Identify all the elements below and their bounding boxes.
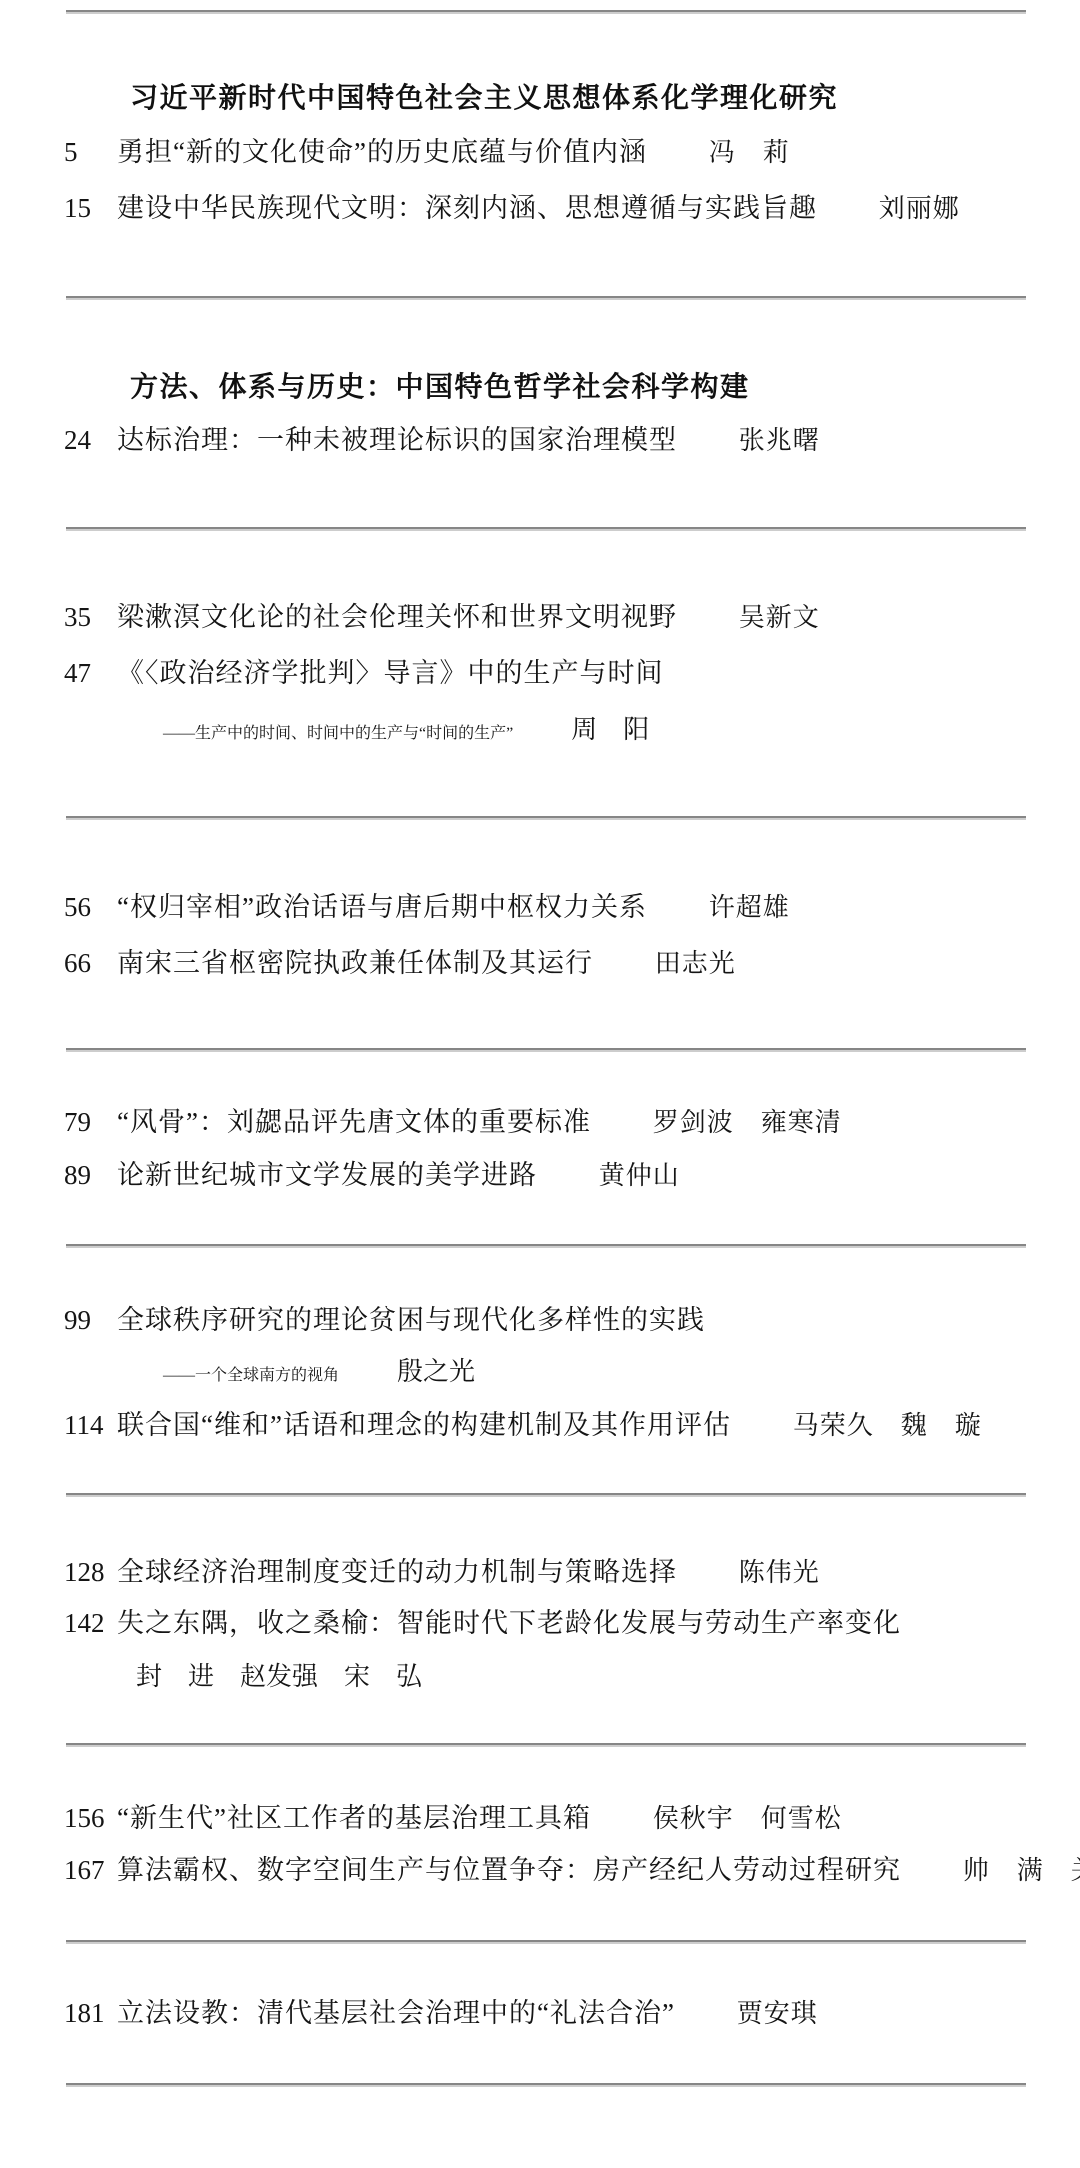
entry-page-number: 15 — [64, 188, 91, 228]
toc-entry-row: 99 全球秩序研究的理论贫困与现代化多样性的实践 — [0, 1300, 1080, 1340]
entry-title: 算法霸权、数字空间生产与位置争夺：房产经纪人劳动过程研究 — [117, 1855, 901, 1885]
section-divider — [66, 527, 1026, 531]
section-divider — [66, 1244, 1026, 1248]
entry-authors: 帅 满 关佳佳 — [963, 1856, 1080, 1885]
entry-authors: 马荣久 魏 璇 — [793, 1411, 982, 1440]
toc-entry-row: 47 《〈政治经济学批判〉导言》中的生产与时间 — [0, 653, 1080, 693]
section-heading: 习近平新时代中国特色社会主义思想体系化学理化研究 — [0, 78, 1080, 118]
entry-title: 梁漱溟文化论的社会伦理关怀和世界文明视野 — [117, 602, 677, 632]
entry-subtitle: ——生产中的时间、时间中的生产与“时间的生产” — [163, 725, 513, 742]
entry-title: “风骨”：刘勰品评先唐文体的重要标准 — [117, 1107, 591, 1137]
section-divider — [66, 1940, 1026, 1944]
entry-title: 论新世纪城市文学发展的美学进路 — [117, 1160, 537, 1190]
toc-entry-row: 35 梁漱溟文化论的社会伦理关怀和世界文明视野 吴新文 — [0, 597, 1080, 637]
entry-title: 建设中华民族现代文明：深刻内涵、思想遵循与实践旨趣 — [117, 193, 817, 223]
entry-authors: 田志光 — [655, 949, 736, 978]
entry-authors: 殷之光 — [397, 1357, 475, 1386]
toc-entry-row: 167 算法霸权、数字空间生产与位置争夺：房产经纪人劳动过程研究 帅 满 关佳佳 — [0, 1850, 1080, 1890]
toc-entry-authors-row: 封 进 赵发强 宋 弘 — [0, 1657, 1080, 1697]
entry-authors: 陈伟光 — [739, 1558, 820, 1587]
entry-page-number: 47 — [64, 653, 91, 693]
toc-entry-row: 181 立法设教：清代基层社会治理中的“礼法合治” 贾安琪 — [0, 1993, 1080, 2033]
entry-page-number: 128 — [64, 1552, 105, 1592]
entry-page-number: 181 — [64, 1993, 105, 2033]
entry-title: 南宋三省枢密院执政兼任体制及其运行 — [117, 948, 593, 978]
entry-page-number: 5 — [64, 132, 78, 172]
section-divider — [66, 10, 1026, 14]
entry-authors: 罗剑波 雍寒清 — [653, 1108, 842, 1137]
toc-entry-row: 15 建设中华民族现代文明：深刻内涵、思想遵循与实践旨趣 刘丽娜 — [0, 188, 1080, 228]
section-divider — [66, 1048, 1026, 1052]
entry-page-number: 24 — [64, 420, 91, 460]
entry-page-number: 66 — [64, 943, 91, 983]
entry-authors: 侯秋宇 何雪松 — [653, 1804, 842, 1833]
entry-authors: 黄仲山 — [599, 1161, 680, 1190]
entry-title: 全球秩序研究的理论贫困与现代化多样性的实践 — [117, 1305, 705, 1335]
toc-entry-row: 114 联合国“维和”话语和理念的构建机制及其作用评估 马荣久 魏 璇 — [0, 1405, 1080, 1445]
toc-entry-row: 66 南宋三省枢密院执政兼任体制及其运行 田志光 — [0, 943, 1080, 983]
entry-authors: 许超雄 — [709, 893, 790, 922]
entry-subtitle: ——一个全球南方的视角 — [163, 1367, 339, 1384]
entry-title: 立法设教：清代基层社会治理中的“礼法合治” — [117, 1998, 675, 2028]
section-divider — [66, 296, 1026, 300]
toc-entry-row: 79 “风骨”：刘勰品评先唐文体的重要标准 罗剑波 雍寒清 — [0, 1102, 1080, 1142]
entry-page-number: 99 — [64, 1300, 91, 1340]
entry-title: 《〈政治经济学批判〉导言》中的生产与时间 — [117, 658, 664, 688]
toc-entry-row: 89 论新世纪城市文学发展的美学进路 黄仲山 — [0, 1155, 1080, 1195]
entry-page-number: 142 — [64, 1603, 105, 1643]
entry-page-number: 114 — [64, 1405, 104, 1445]
toc-entry-row: 56 “权归宰相”政治话语与唐后期中枢权力关系 许超雄 — [0, 887, 1080, 927]
entry-authors: 吴新文 — [739, 603, 820, 632]
entry-title: 联合国“维和”话语和理念的构建机制及其作用评估 — [117, 1410, 731, 1440]
entry-title: 失之东隅，收之桑榆：智能时代下老龄化发展与劳动生产率变化 — [117, 1608, 901, 1638]
section-heading: 方法、体系与历史：中国特色哲学社会科学构建 — [0, 367, 1080, 407]
entry-title: “新生代”社区工作者的基层治理工具箱 — [117, 1803, 591, 1833]
entry-title: 勇担“新的文化使命”的历史底蕴与价值内涵 — [117, 137, 647, 167]
entry-title: “权归宰相”政治话语与唐后期中枢权力关系 — [117, 892, 647, 922]
journal-toc-page: 习近平新时代中国特色社会主义思想体系化学理化研究 5 勇担“新的文化使命”的历史… — [0, 0, 1080, 2168]
toc-entry-subtitle-row: ——一个全球南方的视角 殷之光 — [0, 1352, 1080, 1392]
section-divider — [66, 1493, 1026, 1497]
entry-authors: 刘丽娜 — [879, 194, 960, 223]
toc-entry-row: 24 达标治理：一种未被理论标识的国家治理模型 张兆曙 — [0, 420, 1080, 460]
entry-page-number: 89 — [64, 1155, 91, 1195]
toc-entry-subtitle-row: ——生产中的时间、时间中的生产与“时间的生产” 周 阳 — [0, 710, 1080, 750]
entry-authors: 张兆曙 — [739, 426, 820, 455]
entry-page-number: 56 — [64, 887, 91, 927]
toc-entry-row: 142 失之东隅，收之桑榆：智能时代下老龄化发展与劳动生产率变化 — [0, 1603, 1080, 1643]
toc-entry-row: 128 全球经济治理制度变迁的动力机制与策略选择 陈伟光 — [0, 1552, 1080, 1592]
entry-page-number: 35 — [64, 597, 91, 637]
toc-entry-row: 156 “新生代”社区工作者的基层治理工具箱 侯秋宇 何雪松 — [0, 1798, 1080, 1838]
section-divider — [66, 2083, 1026, 2087]
entry-authors: 冯 莉 — [709, 138, 790, 167]
entry-authors: 贾安琪 — [737, 1999, 818, 2028]
entry-title: 达标治理：一种未被理论标识的国家治理模型 — [117, 425, 677, 455]
section-divider — [66, 1743, 1026, 1747]
entry-page-number: 167 — [64, 1850, 105, 1890]
entry-page-number: 156 — [64, 1798, 105, 1838]
toc-entry-row: 5 勇担“新的文化使命”的历史底蕴与价值内涵 冯 莉 — [0, 132, 1080, 172]
section-divider — [66, 816, 1026, 820]
entry-authors: 周 阳 — [571, 715, 649, 744]
entry-authors: 封 进 赵发强 宋 弘 — [136, 1662, 422, 1691]
entry-page-number: 79 — [64, 1102, 91, 1142]
entry-title: 全球经济治理制度变迁的动力机制与策略选择 — [117, 1557, 677, 1587]
